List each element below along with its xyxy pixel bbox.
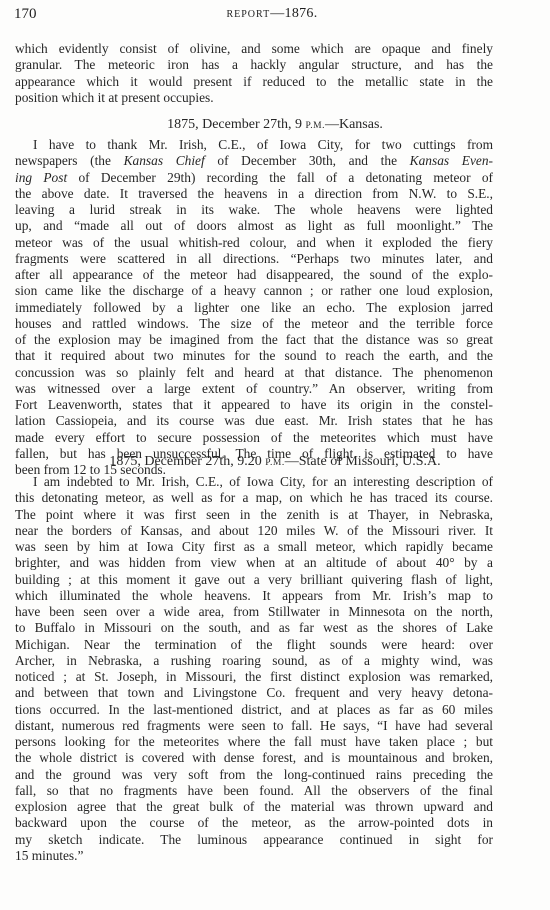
text-line: I am indebted to Mr. Irish, C.E., of Iow… (15, 474, 493, 490)
text-line: which evidently consist of olivine, and … (15, 41, 493, 57)
newspaper-title-kansas-evening-post-cont: ing Post (15, 170, 67, 185)
newspaper-title-kansas-evening-post: Kansas Even- (410, 153, 493, 168)
text-line: immediately followed by a lighter one li… (15, 300, 493, 316)
text-line: position which it at present occupies. (15, 90, 493, 106)
text-line: that it required about two minutes for t… (15, 348, 493, 364)
document-page: 170 REPORT—1876. which evidently consist… (0, 0, 550, 910)
text-line: leaving a lurid streak in its wake. The … (15, 202, 493, 218)
page-header: 170 REPORT—1876. (14, 6, 530, 28)
text-line: near the borders of Kansas, and about 12… (15, 523, 493, 539)
text-line: was witnessed over a large extent of cou… (15, 381, 493, 397)
text-line: tions occurred. In the last-mentioned di… (15, 702, 493, 718)
text-line: after all appearance of the meteor had d… (15, 267, 493, 283)
text-line: this detonating meteor, as well as for a… (15, 490, 493, 506)
section-heading-kansas: 1875, December 27th, 9 P.M.—Kansas. (0, 117, 550, 133)
heading-place: —Kansas. (325, 117, 383, 132)
text-line: Fort Leavenworth, states that it appeare… (15, 397, 493, 413)
text-line: noticed ; at St. Joseph, in Missouri, th… (15, 669, 493, 685)
text-line: meteor was of the usual whitish-red colo… (15, 235, 493, 251)
text-line: I have to thank Mr. Irish, C.E., of Iowa… (15, 137, 493, 153)
heading-date: 1875, December 27th, 9 (167, 117, 302, 132)
text-line: of the explosion may be imagined from th… (15, 332, 493, 348)
text-line: the above date. It traversed the heavens… (15, 186, 493, 202)
kansas-paragraph: I have to thank Mr. Irish, C.E., of Iowa… (15, 137, 493, 478)
text-line: backward upon the course of the meteor, … (15, 815, 493, 831)
text-run: newspapers (the (15, 153, 124, 168)
text-line: appearance which it would present if red… (15, 74, 493, 90)
newspaper-title-kansas-chief: Kansas Chief (124, 153, 205, 168)
text-line: made every effort to secure possession o… (15, 430, 493, 446)
text-line: to Buffalo in Missouri on the south, and… (15, 620, 493, 636)
running-title: REPORT—1876. (14, 6, 530, 22)
text-line: was seen by him at Iowa City first as a … (15, 539, 493, 555)
text-line: The point where it was first seen in the… (15, 507, 493, 523)
text-line: 15 minutes.” (15, 848, 493, 864)
text-line: persons looking for the meteorites where… (15, 734, 493, 750)
text-line: the whole district is covered with dense… (15, 750, 493, 766)
section-heading-missouri: 1875, December 27th, 9.20 P.M.—State of … (0, 454, 550, 470)
text-line: up, and “made all out of doors almost as… (15, 218, 493, 234)
text-line: explosion agree that the great bulk of t… (15, 799, 493, 815)
text-line: distant, numerous red fragments were see… (15, 718, 493, 734)
missouri-paragraph: I am indebted to Mr. Irish, C.E., of Iow… (15, 474, 493, 864)
heading-date: 1875, December 27th, 9.20 (109, 454, 261, 469)
text-line: and between that town and Livingstone Co… (15, 685, 493, 701)
text-line: and the ground was very soft from the lo… (15, 767, 493, 783)
text-line: Michigan. Near the termination of the fl… (15, 637, 493, 653)
text-line: fragments were scattered in all directio… (15, 251, 493, 267)
running-title-report: REPORT (226, 9, 270, 20)
text-line: houses and rattled windows. The size of … (15, 316, 493, 332)
text-line: sion came like the discharge of a heavy … (15, 283, 493, 299)
text-line: ing Post of December 29th) recording the… (15, 170, 493, 186)
text-line: concussion was so plainly felt and heard… (15, 365, 493, 381)
text-line: newspapers (the Kansas Chief of December… (15, 153, 493, 169)
text-line: lation Cassiopeia, and its course was du… (15, 413, 493, 429)
text-run: of December 29th) recording the fall of … (67, 170, 493, 185)
heading-time: P.M. (265, 458, 284, 468)
text-line: building ; at this moment it gave out a … (15, 572, 493, 588)
text-line: which illuminated the whole heavens. It … (15, 588, 493, 604)
text-run: of December 30th, and the (205, 153, 410, 168)
text-line: fall, so that no fragments have been fou… (15, 783, 493, 799)
text-line: brighter, and was hidden from view when … (15, 555, 493, 571)
text-line: granular. The meteoric iron has a hackly… (15, 57, 493, 73)
text-line: Archer, in Nebraska, a rushing roaring s… (15, 653, 493, 669)
text-line: my sketch indicate. The luminous appeara… (15, 832, 493, 848)
continuation-paragraph: which evidently consist of olivine, and … (15, 41, 493, 106)
heading-time: P.M. (306, 121, 325, 131)
heading-place: —State of Missouri, U.S.A. (285, 454, 441, 469)
running-title-year: —1876. (270, 6, 317, 21)
text-line: have been seen over a wide area, from St… (15, 604, 493, 620)
